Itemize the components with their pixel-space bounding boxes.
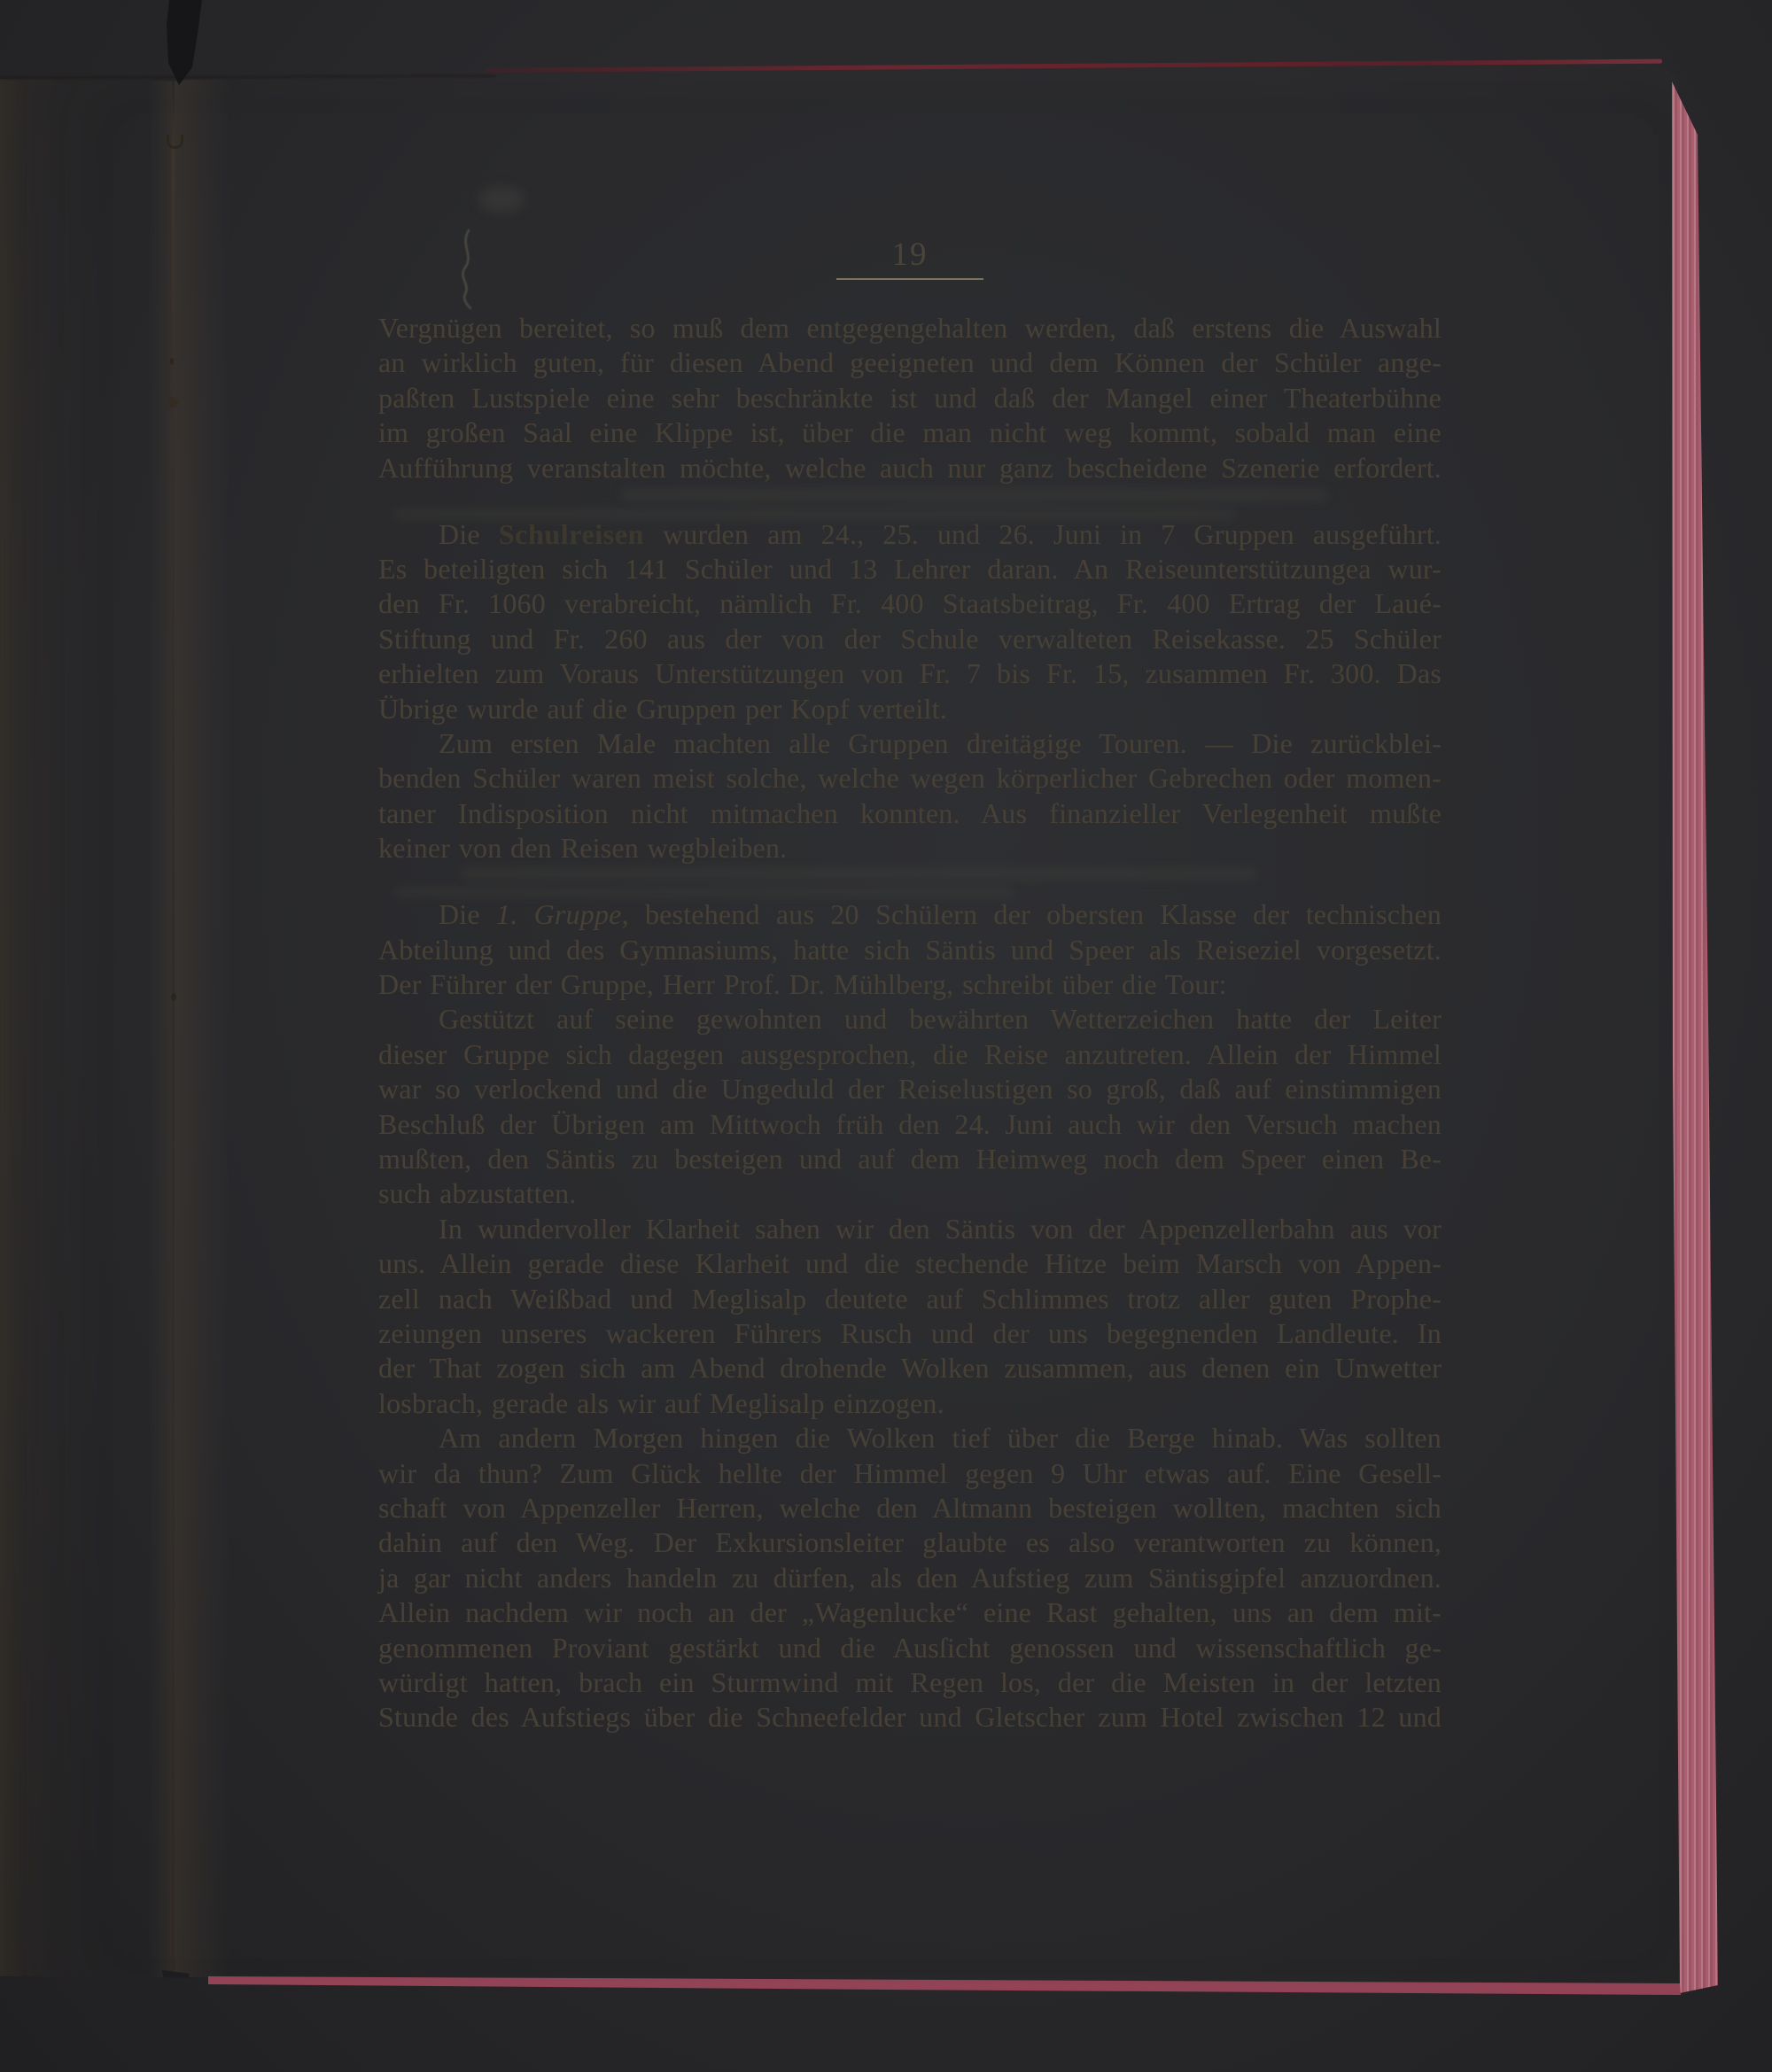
text-line: würdigt hatten, brach ein Sturmwind mit … [378, 1665, 1442, 1700]
text-line: zeiungen unseres wackeren Führers Rusch … [378, 1316, 1442, 1351]
text-line: Der Führer der Gruppe, Herr Prof. Dr. Mü… [378, 967, 1442, 1002]
text-line: losbrach, gerade als wir auf Meglisalp e… [378, 1386, 1442, 1421]
text-line: Am andern Morgen hingen die Wolken tief … [378, 1421, 1442, 1455]
open-page: 19 Vergnügen bereitet, so muß dem entgeg… [0, 0, 1772, 2072]
text-line: Übrige wurde auf die Gruppen per Kopf ve… [378, 692, 1442, 726]
text-line: genommenen Proviant gestärkt und die Aus… [378, 1631, 1442, 1665]
text-line: such abzustatten. [378, 1176, 1442, 1211]
text-line: Gestützt auf seine gewohnten und bewährt… [378, 1002, 1442, 1036]
paragraph-4: Die 1. Gruppe, bestehend aus 20 Schülern… [378, 897, 1442, 1002]
text-line: der That zogen sich am Abend drohende Wo… [378, 1351, 1442, 1385]
text-line: wir da thun? Zum Glück hellte der Himmel… [378, 1456, 1442, 1491]
paragraph-1: Vergnügen bereitet, so muß dem entgegeng… [378, 311, 1442, 485]
text-column: Vergnügen bereitet, so muß dem entgegeng… [378, 311, 1442, 1735]
paragraph-6: In wundervoller Klarheit sahen wir den S… [378, 1212, 1442, 1421]
paragraph-5: Gestützt auf seine gewohnten und bewährt… [378, 1002, 1442, 1211]
book-scan: 19 Vergnügen bereitet, so muß dem entgeg… [0, 0, 1772, 2072]
text-run: , bestehend aus 20 Schülern der obersten… [622, 898, 1442, 930]
bold-keyword: Schulreisen [499, 518, 644, 550]
paragraph-2: Die Schulreisen wurden am 24., 25. und 2… [378, 517, 1442, 726]
text-line: Stunde des Aufstiegs über die Schneefeld… [378, 1700, 1442, 1734]
text-line: schaft von Appenzeller Herren, welche de… [378, 1491, 1442, 1525]
text-line: Allein nachdem wir noch an der „Wagenluc… [378, 1595, 1442, 1630]
page-header: 19 [378, 238, 1442, 280]
text-line: dieser Gruppe sich dagegen ausgesprochen… [378, 1037, 1442, 1072]
text-line: an wirklich guten, für diesen Abend geei… [378, 345, 1442, 380]
text-run: Die [439, 518, 499, 550]
paragraph-7: Am andern Morgen hingen die Wolken tief … [378, 1421, 1442, 1735]
paper-speck [170, 358, 174, 365]
gutter-shadow-left [149, 80, 172, 1977]
text-line: Die Schulreisen wurden am 24., 25. und 2… [378, 517, 1442, 552]
text-line: Vergnügen bereitet, so muß dem entgegeng… [378, 311, 1442, 345]
stain-smudge [478, 186, 525, 213]
text-line: paßten Lustspiele eine sehr beschränkte … [378, 381, 1442, 415]
text-line: mußten, den Säntis zu besteigen und auf … [378, 1142, 1442, 1176]
text-line: In wundervoller Klarheit sahen wir den S… [378, 1212, 1442, 1246]
text-line: Zum ersten Male machten alle Gruppen dre… [378, 726, 1442, 761]
paper-speck [171, 993, 176, 1001]
paragraph-3: Zum ersten Male machten alle Gruppen dre… [378, 726, 1442, 866]
italic-keyword: 1. Gruppe [496, 898, 622, 930]
text-line: Aufführung veranstalten möchte, welche a… [378, 451, 1442, 485]
text-line: ja gar nicht anders handeln zu dürfen, a… [378, 1561, 1442, 1595]
text-line: erhielten zum Voraus Unterstützungen von… [378, 656, 1442, 691]
text-line: Stiftung und Fr. 260 aus der von der Sch… [378, 622, 1442, 656]
text-line: zell nach Weißbad und Meglisalp deutete … [378, 1282, 1442, 1316]
text-line: Es beteiligten sich 141 Schüler und 13 L… [378, 552, 1442, 586]
text-line: benden Schüler waren meist solche, welch… [378, 761, 1442, 795]
text-line: Beschluß der Übrigen am Mittwoch früh de… [378, 1107, 1442, 1142]
text-run: wurden am 24., 25. und 26. Juni in 7 Gru… [644, 518, 1442, 550]
page-number: 19 [892, 238, 929, 271]
text-run: Die [439, 898, 496, 930]
text-line: Die 1. Gruppe, bestehend aus 20 Schülern… [378, 897, 1442, 932]
text-line: den Fr. 1060 verabreicht, nämlich Fr. 40… [378, 586, 1442, 621]
text-line: im großen Saal eine Klippe ist, über die… [378, 415, 1442, 450]
text-line: Abteilung und des Gymnasiums, hatte sich… [378, 933, 1442, 967]
paper-speck [168, 397, 178, 407]
page-number-rule [836, 278, 983, 280]
text-line: uns. Allein gerade diese Klarheit und di… [378, 1246, 1442, 1281]
text-line: keiner von den Reisen wegbleiben. [378, 831, 1442, 865]
text-line: dahin auf den Weg. Der Exkursionsleiter … [378, 1525, 1442, 1560]
text-line: war so verlockend und die Ungeduld der R… [378, 1072, 1442, 1106]
gutter-shadow-right [175, 80, 229, 1977]
text-line: taner Indisposition nicht mitmachen konn… [378, 796, 1442, 831]
